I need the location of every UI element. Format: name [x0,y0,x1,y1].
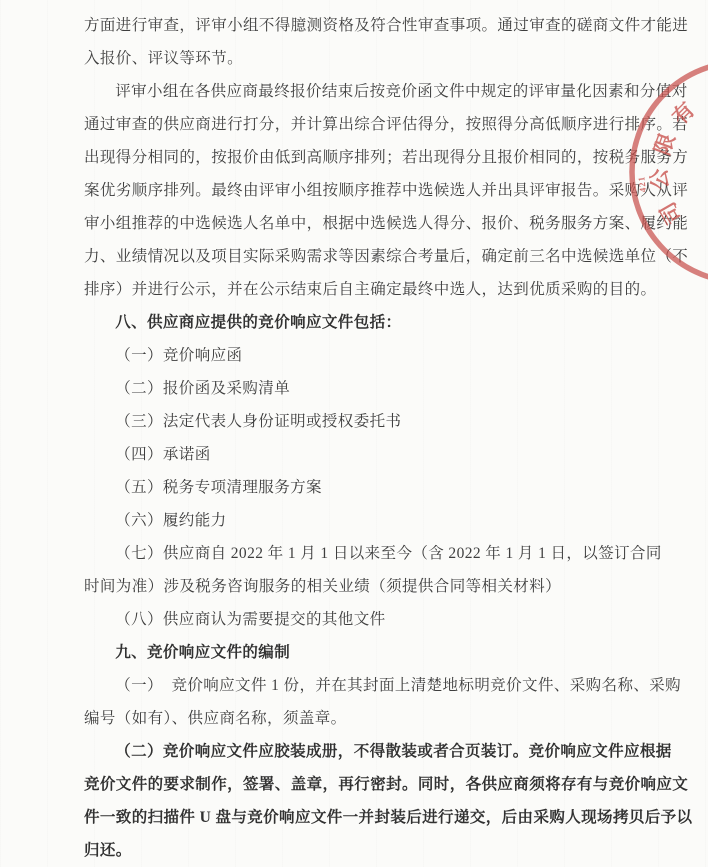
text-line: 案优劣顺序排列。最终由评审小组按顺序推荐中选候选人并出具评审报告。采购人从评 [84,174,664,207]
text-line: 件一致的扫描件 U 盘与竞价响应文件一并封装后进行递交，后由采购人现场拷贝后予以 [84,801,664,834]
text-line: 八、供应商应提供的竞价响应文件包括： [84,306,664,339]
text-line: （五）税务专项清理服务方案 [84,471,664,504]
text-line: （二）报价函及采购清单 [84,372,664,405]
text-line: 编号（如有）、供应商名称，须盖章。 [84,702,664,735]
text-line: 入报价、评议等环节。 [84,42,664,75]
text-line: 审小组推荐的中选候选人名单中，根据中选候选人得分、报价、税务服务方案、履约能 [84,207,664,240]
text-line: 出现得分相同的，按报价由低到高顺序排列；若出现得分且报价相同的，按税务服务方 [84,141,664,174]
text-line: 评审小组在各供应商最终报价结束后按竞价函文件中规定的评审量化因素和分值对 [84,75,664,108]
document-text: 方面进行审查，评审小组不得臆测资格及符合性审查事项。通过审查的磋商文件才能进入报… [84,9,664,867]
text-line: （六）履约能力 [84,504,664,537]
text-line: 竞价文件的要求制作，签署、盖章，再行密封。同时，各供应商须将存有与竞价响应文 [84,768,664,801]
text-line: 力、业绩情况以及项目实际采购需求等因素综合考量后，确定前三名中选候选单位（不 [84,240,664,273]
text-line: 时间为准）涉及税务咨询服务的相关业绩（须提供合同等相关材料） [84,570,664,603]
text-line: （四）承诺函 [84,438,664,471]
text-line: （一）竞价响应函 [84,339,664,372]
text-line: （一） 竞价响应文件 1 份，并在其封面上清楚地标明竞价文件、采购名称、采购 [84,669,664,702]
text-line: 九、竞价响应文件的编制 [84,636,664,669]
document-page: 方面进行审查，评审小组不得臆测资格及符合性审查事项。通过审查的磋商文件才能进入报… [0,0,708,867]
text-line: （七）供应商自 2022 年 1 月 1 日以来至今（含 2022 年 1 月 … [84,537,664,570]
text-line: （三）法定代表人身份证明或授权委托书 [84,405,664,438]
text-line: 归还。 [84,834,664,867]
text-line: 排序）并进行公示，并在公示结束后自主确定最终中选人，达到优质采购的目的。 [84,273,664,306]
text-line: （八）供应商认为需要提交的其他文件 [84,603,664,636]
text-line: （二）竞价响应文件应胶装成册，不得散装或者合页装订。竞价响应文件应根据 [84,735,664,768]
text-line: 通过审查的供应商进行打分，并计算出综合评估得分，按照得分高低顺序进行排序。若 [84,108,664,141]
text-line: 方面进行审查，评审小组不得臆测资格及符合性审查事项。通过审查的磋商文件才能进 [84,9,664,42]
